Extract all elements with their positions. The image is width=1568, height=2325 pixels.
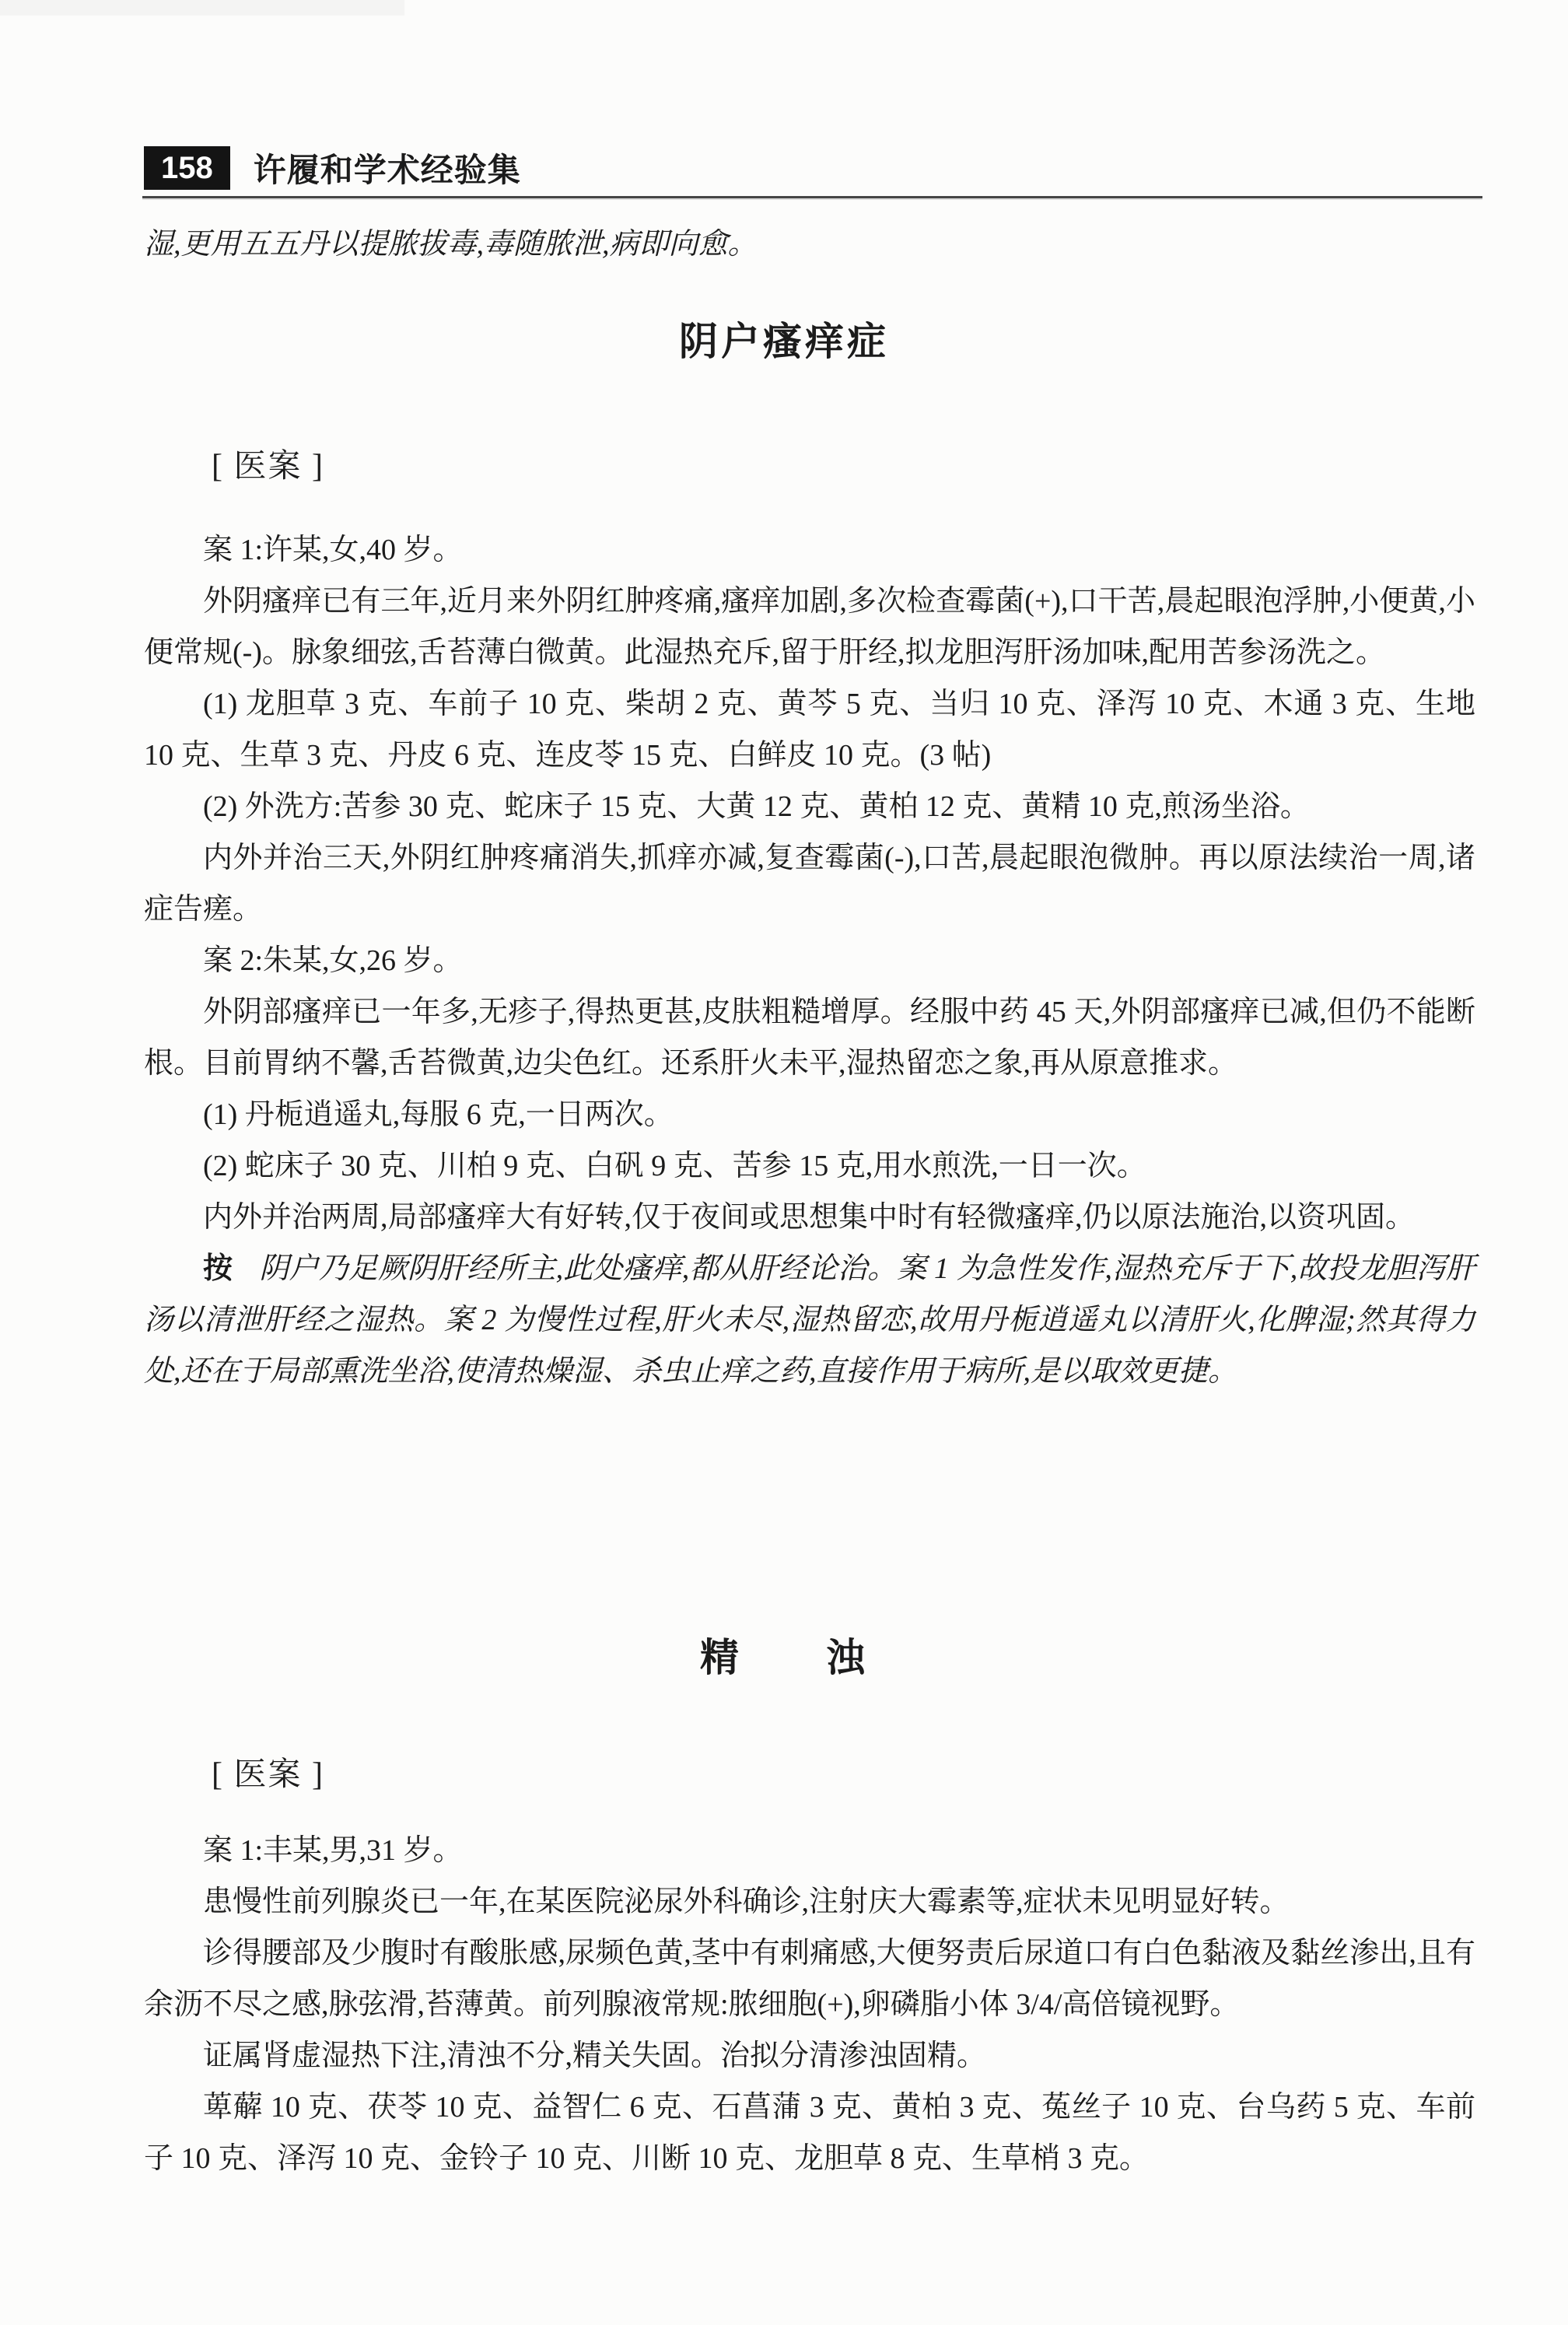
header-divider xyxy=(142,196,1482,198)
case2-header-paragraph: 案 2:朱某,女,26 岁。 xyxy=(144,935,1475,986)
scan-edge-artifact xyxy=(0,0,404,16)
case1-header-paragraph: 案 1:许某,女,40 岁。 xyxy=(144,524,1475,576)
jz-case1-history-paragraph: 患慢性前列腺炎已一年,在某医院泌尿外科确诊,注射庆大霉素等,症状未见明显好转。 xyxy=(144,1876,1475,1928)
case1-history-paragraph: 外阴瘙痒已有三年,近月来外阴红肿疼痛,瘙痒加剧,多次检查霉菌(+),口干苦,晨起… xyxy=(144,576,1475,678)
commentary-label: 按 xyxy=(203,1252,233,1285)
case2-history-paragraph: 外阴部瘙痒已一年多,无疹子,得热更甚,皮肤粗糙增厚。经服中药 45 天,外阴部瘙… xyxy=(144,986,1475,1089)
case1-prescription-2: (2) 外洗方:苦参 30 克、蛇床子 15 克、大黄 12 克、黄柏 12 克… xyxy=(144,781,1475,832)
case1-prescription-1: (1) 龙胆草 3 克、车前子 10 克、柴胡 2 克、黄芩 5 克、当归 10… xyxy=(144,678,1475,781)
case-records-heading-1: [ 医案 ] xyxy=(212,442,324,492)
case1-outcome-paragraph: 内外并治三天,外阴红肿疼痛消失,抓痒亦减,复查霉菌(-),口苦,晨起眼泡微肿。再… xyxy=(144,832,1475,935)
jz-case1-prescription-paragraph: 萆薢 10 克、茯苓 10 克、益智仁 6 克、石菖蒲 3 克、黄柏 3 克、菟… xyxy=(144,2082,1475,2184)
book-title: 许履和学术经验集 xyxy=(254,145,521,191)
section-title-jingzhuo: 精 浊 xyxy=(117,1635,1451,1680)
section-title-yinhu-saoyangzheng: 阴户瘙痒症 xyxy=(117,319,1451,364)
commentary-paragraph: 按阴户乃足厥阴肝经所主,此处瘙痒,都从肝经论治。案 1 为急性发作,湿热充斥于下… xyxy=(144,1243,1475,1397)
jz-case1-exam-paragraph: 诊得腰部及少腹时有酸胀感,尿频色黄,茎中有刺痛感,大便努责后尿道口有白色黏液及黏… xyxy=(144,1928,1475,2030)
case2-prescription-1: (1) 丹栀逍遥丸,每服 6 克,一日两次。 xyxy=(144,1089,1475,1140)
commentary-text: 阴户乃足厥阴肝经所主,此处瘙痒,都从肝经论治。案 1 为急性发作,湿热充斥于下,… xyxy=(144,1252,1475,1388)
page-number-badge: 158 xyxy=(144,146,230,190)
carryover-paragraph: 湿,更用五五丹以提脓拔毒,毒随脓泄,病即向愈。 xyxy=(144,224,1475,264)
section2-body: 案 1:丰某,男,31 岁。 患慢性前列腺炎已一年,在某医院泌尿外科确诊,注射庆… xyxy=(144,1825,1475,2184)
case2-outcome-paragraph: 内外并治两周,局部瘙痒大有好转,仅于夜间或思想集中时有轻微瘙痒,仍以原法施治,以… xyxy=(144,1192,1475,1243)
case-records-heading-2: [ 医案 ] xyxy=(212,1750,324,1800)
running-head: 158 许履和学术经验集 xyxy=(144,145,1475,191)
jz-case1-header-paragraph: 案 1:丰某,男,31 岁。 xyxy=(144,1825,1475,1876)
section1-body: 案 1:许某,女,40 岁。 外阴瘙痒已有三年,近月来外阴红肿疼痛,瘙痒加剧,多… xyxy=(144,524,1475,1397)
case2-prescription-2: (2) 蛇床子 30 克、川柏 9 克、白矾 9 克、苦参 15 克,用水煎洗,… xyxy=(144,1140,1475,1192)
jz-case1-diagnosis-paragraph: 证属肾虚湿热下注,清浊不分,精关失固。治拟分清渗浊固精。 xyxy=(144,2030,1475,2082)
book-page: 158 许履和学术经验集 湿,更用五五丹以提脓拔毒,毒随脓泄,病即向愈。 阴户瘙… xyxy=(0,0,1568,2325)
